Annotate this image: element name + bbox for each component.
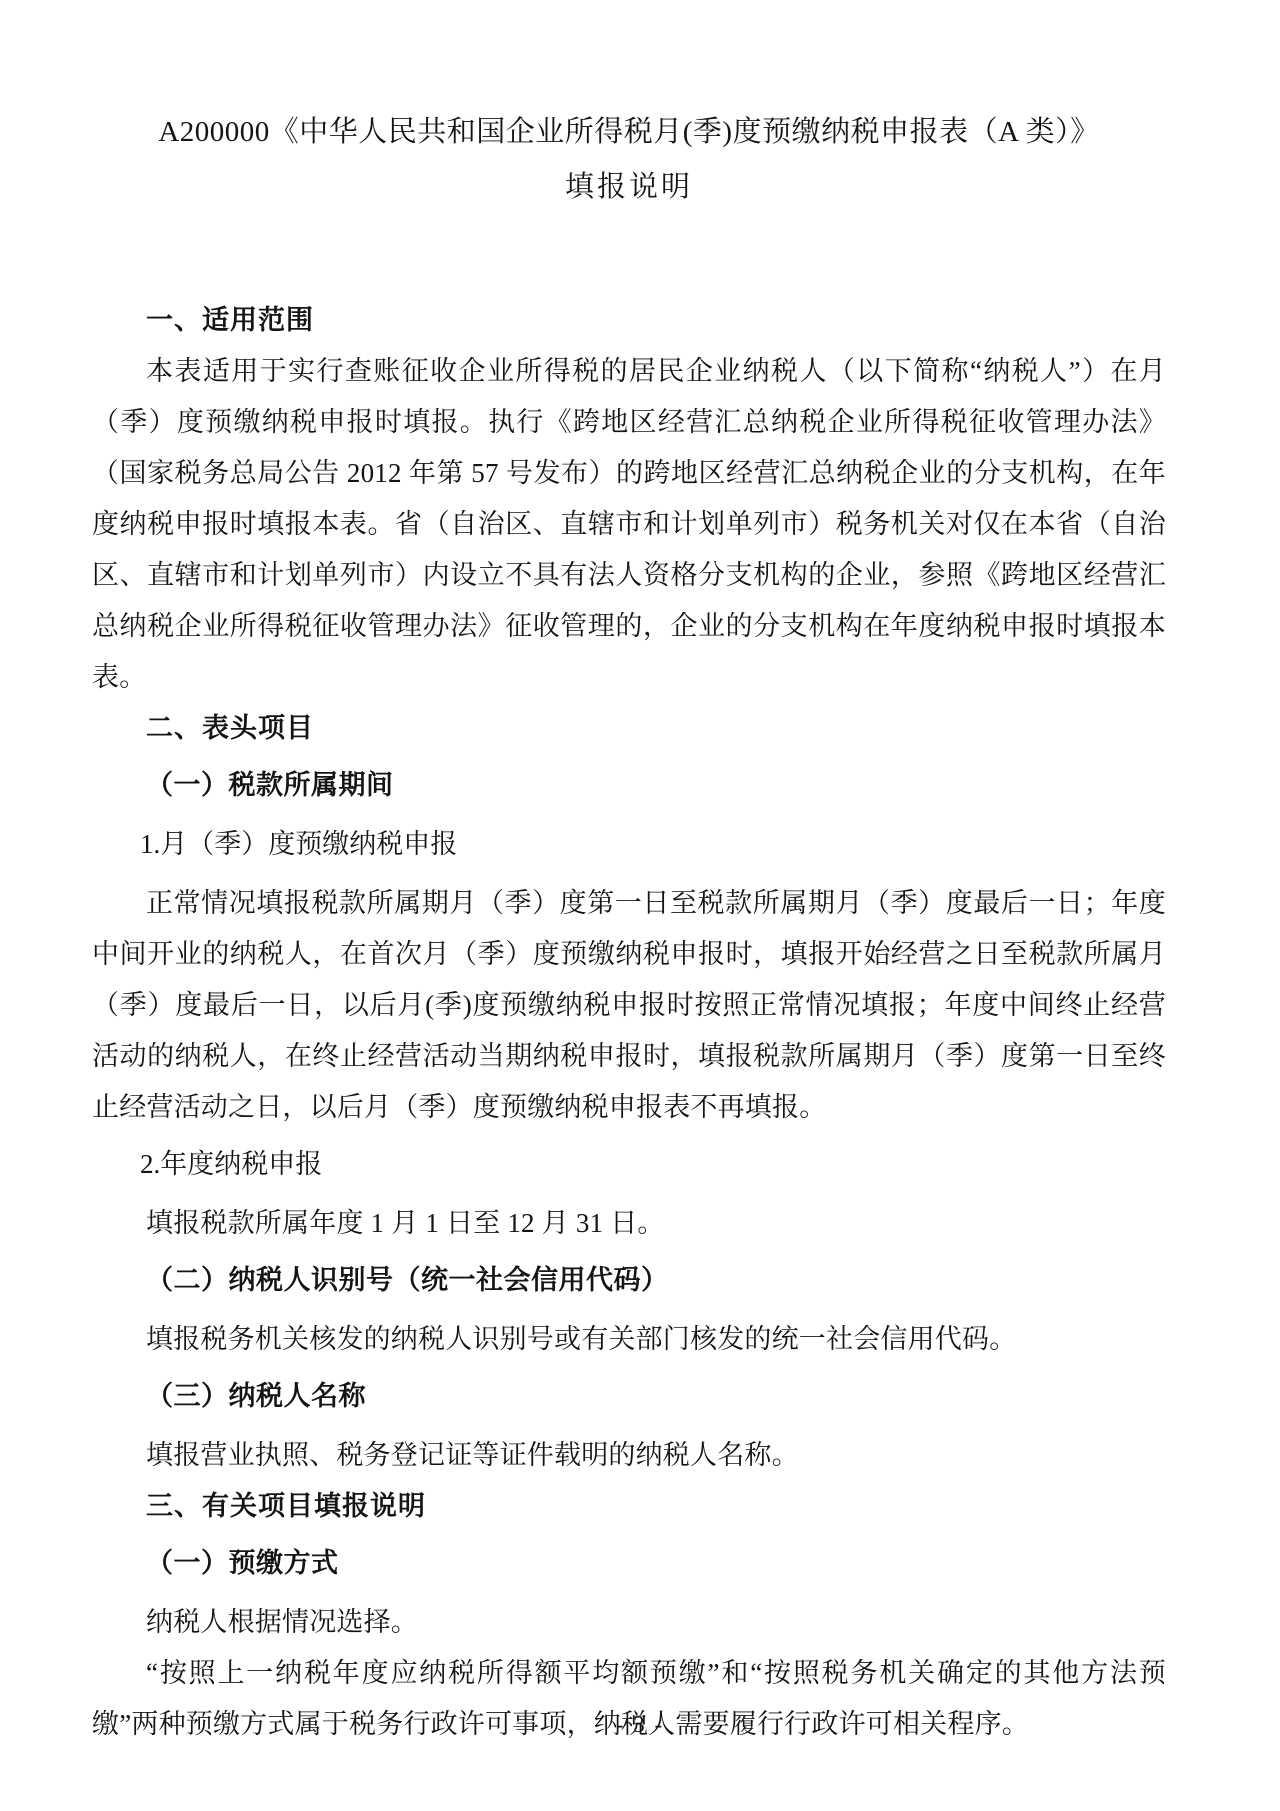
list-item-annual-declaration: 2.年度纳税申报	[92, 1139, 1166, 1190]
document-subtitle: 填报说明	[92, 167, 1166, 207]
paragraph-taxpayer-name: 填报营业执照、税务登记证等证件载明的纳税人名称。	[92, 1430, 1166, 1481]
subsection-heading-prepayment-method: （一）预缴方式	[92, 1538, 1166, 1589]
paragraph-prepayment-choice: 纳税人根据情况选择。	[92, 1597, 1166, 1648]
document-page: A200000《中华人民共和国企业所得税月(季)度预缴纳税申报表（A 类）》 填…	[0, 0, 1280, 1811]
paragraph-tax-period-details: 正常情况填报税款所属期月（季）度第一日至税款所属期月（季）度最后一日；年度中间开…	[92, 878, 1166, 1133]
paragraph-annual-period: 填报税款所属年度 1 月 1 日至 12 月 31 日。	[92, 1198, 1166, 1249]
subsection-heading-taxpayer-name: （三）纳税人名称	[92, 1371, 1166, 1422]
subsection-heading-taxpayer-id: （二）纳税人识别号（统一社会信用代码）	[92, 1255, 1166, 1306]
page-number: - 3 -	[0, 1712, 1280, 1738]
section-heading-table-header-items: 二、表头项目	[92, 703, 1166, 754]
list-item-monthly-quarterly-prepayment: 1.月（季）度预缴纳税申报	[92, 819, 1166, 870]
paragraph-taxpayer-id: 填报税务机关核发的纳税人识别号或有关部门核发的统一社会信用代码。	[92, 1314, 1166, 1365]
subsection-heading-tax-period: （一）税款所属期间	[92, 760, 1166, 811]
paragraph-applicable-scope: 本表适用于实行查账征收企业所得税的居民企业纳税人（以下简称“纳税人”）在月（季）…	[92, 346, 1166, 703]
section-heading-item-instructions: 三、有关项目填报说明	[92, 1481, 1166, 1532]
document-body: 一、适用范围 本表适用于实行查账征收企业所得税的居民企业纳税人（以下简称“纳税人…	[92, 295, 1166, 1750]
document-title: A200000《中华人民共和国企业所得税月(季)度预缴纳税申报表（A 类）》	[92, 112, 1166, 152]
section-heading-applicable-scope: 一、适用范围	[92, 295, 1166, 346]
